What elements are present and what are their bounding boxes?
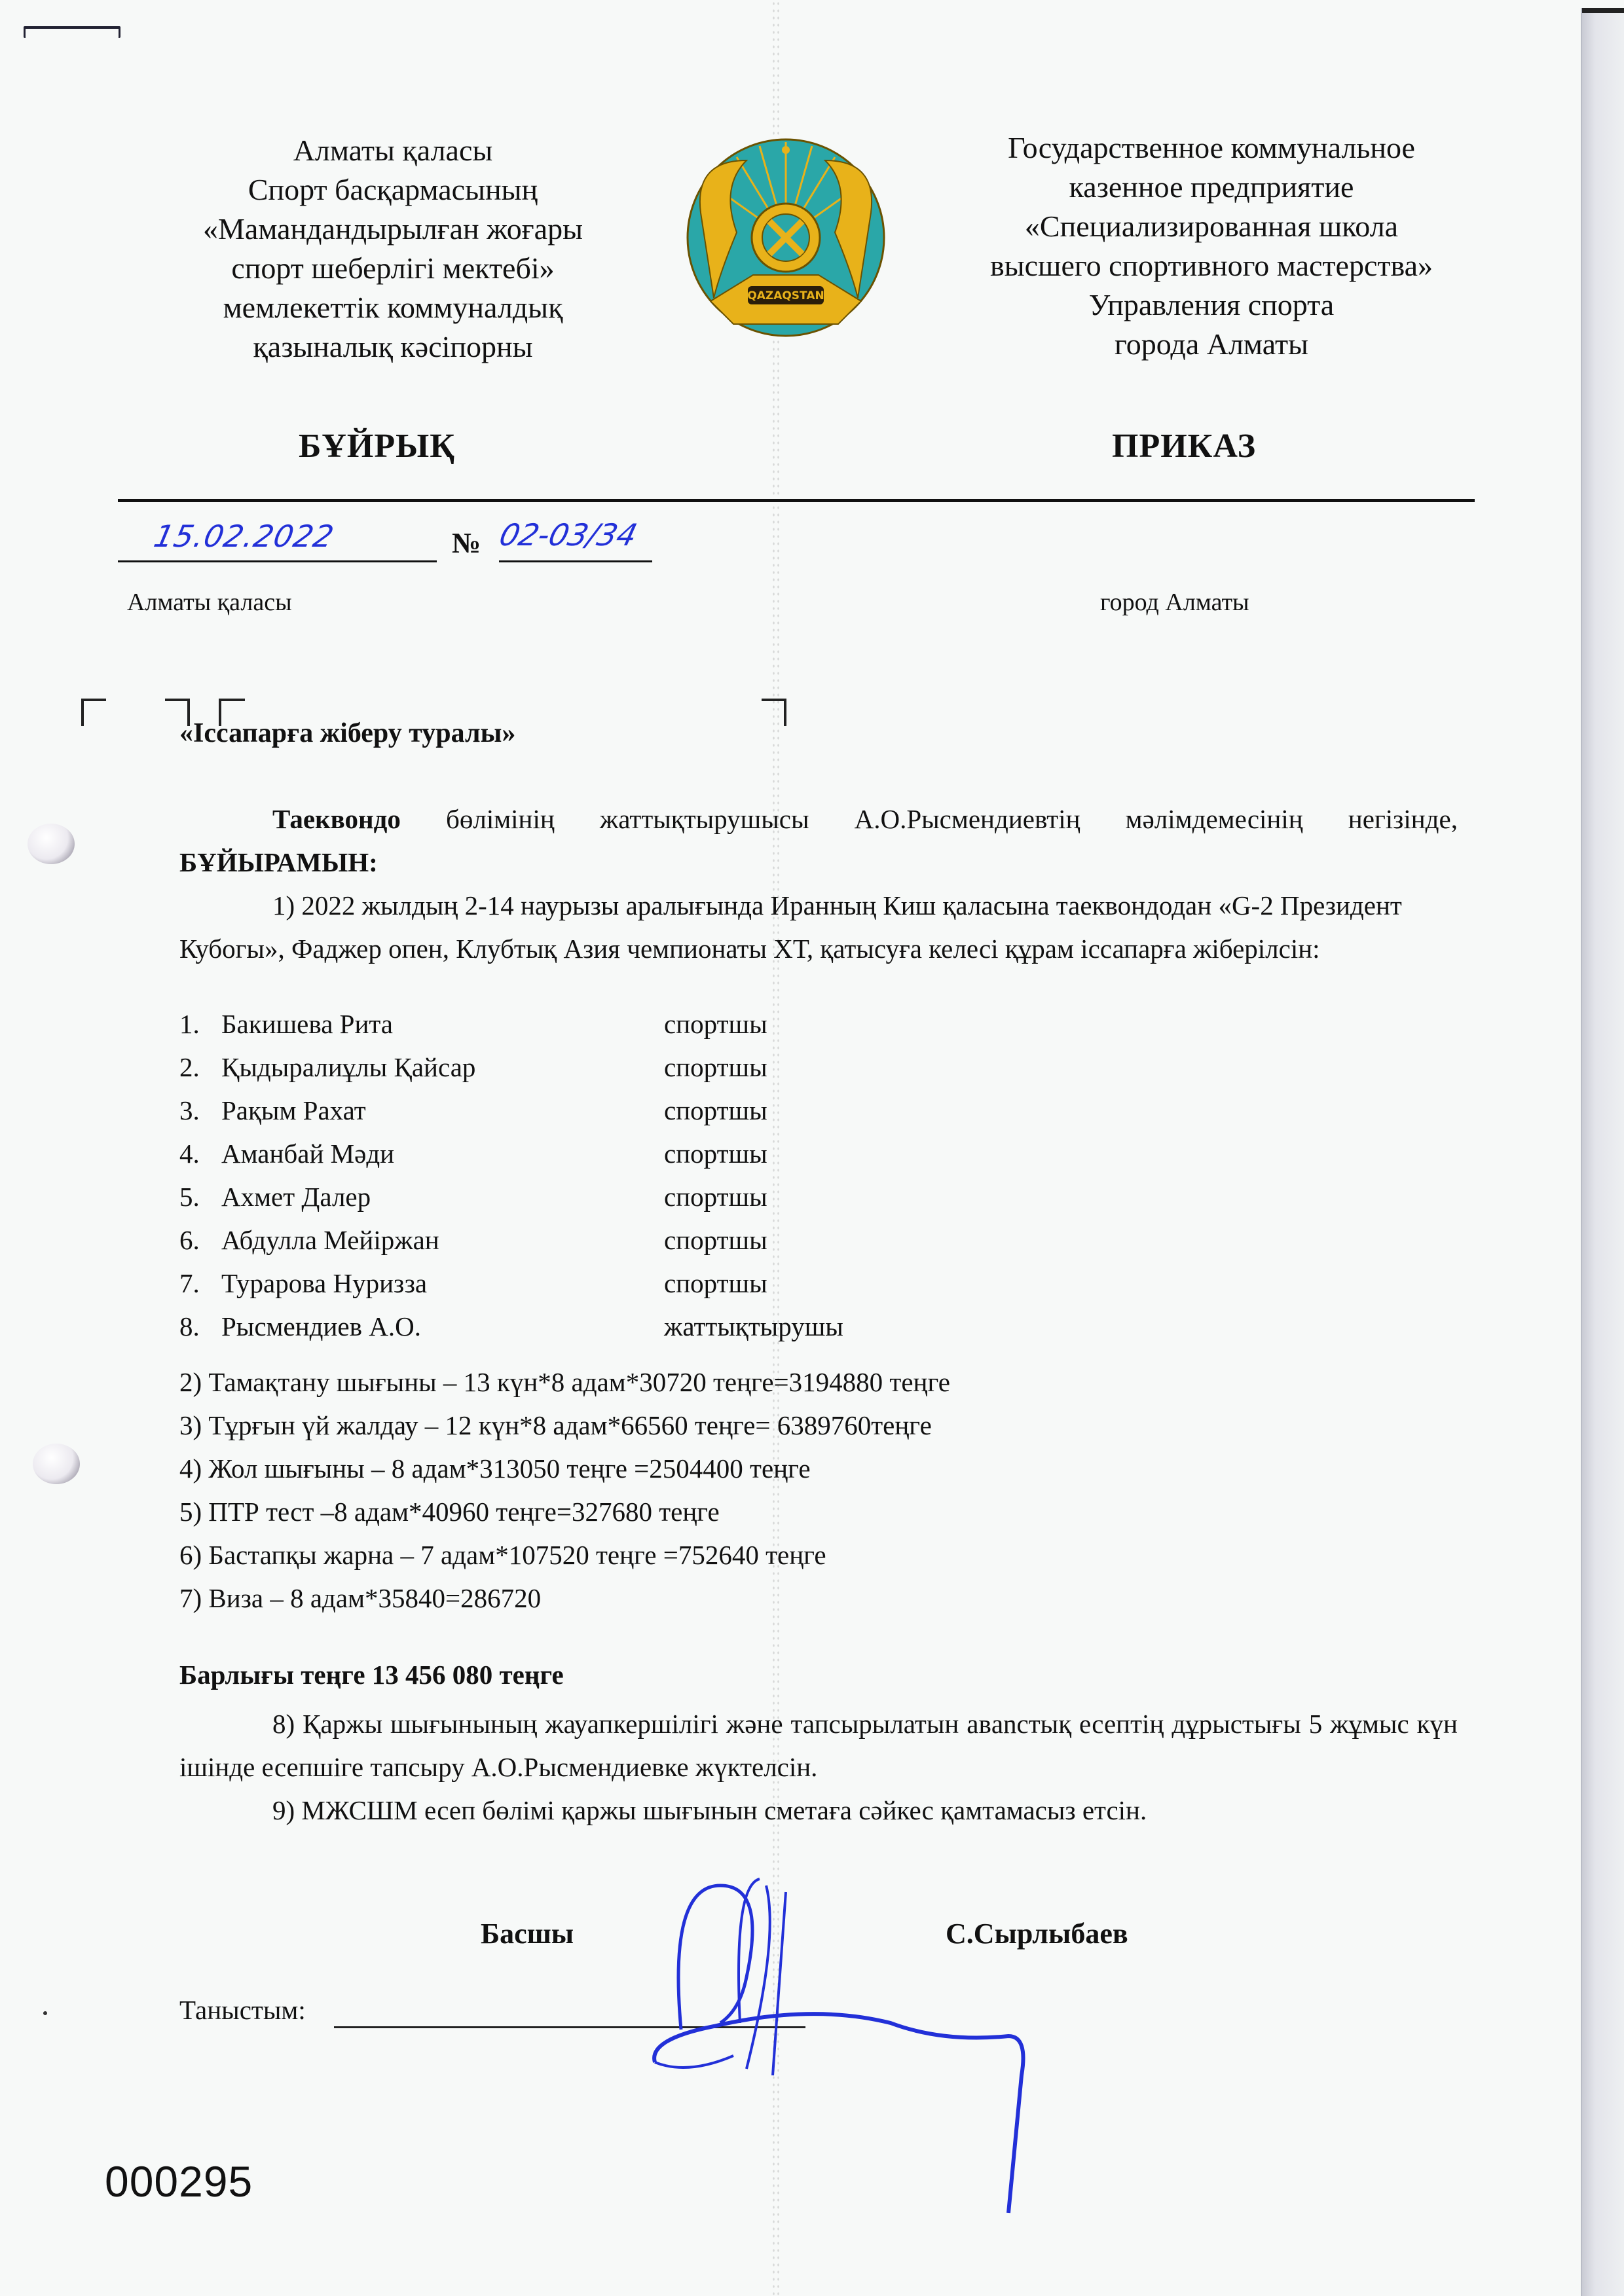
scanned-order-page: Алматы қаласы Спорт басқармасының «Маман… [0, 0, 1624, 2296]
cost-line: 4) Жол шығыны – 8 адам*313050 теңге =250… [179, 1447, 950, 1490]
header-kz-line: қазыналық кәсіпорны [164, 327, 622, 367]
order-subject: «Іссапарға жіберу туралы» [179, 718, 515, 749]
header-kz-line: Алматы қаласы [164, 131, 622, 170]
roster-name: Турарова Нуризза [221, 1267, 427, 1299]
list-item: 3.Рақым Рахатспортшы [179, 1095, 965, 1138]
preamble-text: бөлімінің жаттықтырушысы А.О.Рысмендиевт… [401, 804, 1458, 834]
svg-text:QAZAQSTAN: QAZAQSTAN [747, 289, 824, 302]
roster-role: спортшы [664, 1181, 767, 1212]
list-item: 6.Абдулла Мейіржанспортшы [179, 1224, 965, 1267]
roster-list: 1.Бакишева Ритаспортшы 2.Қыдыралиұлы Қай… [179, 1008, 965, 1354]
number-underline [499, 560, 652, 562]
roster-name: Бакишева Рита [221, 1008, 393, 1040]
roster-index: 7. [179, 1267, 219, 1299]
corner-bracket [81, 699, 106, 726]
header-ru-line: Государственное коммунальное [917, 128, 1506, 168]
corner-bracket [762, 699, 786, 726]
list-item: 8.Рысмендиев А.О.жаттықтырушы [179, 1311, 965, 1354]
punch-hole-icon [33, 1444, 80, 1484]
roster-index: 3. [179, 1095, 219, 1126]
signer-title: Басшы [481, 1917, 574, 1950]
header-ru-line: Управления спорта [917, 285, 1506, 325]
cost-line: 7) Виза – 8 адам*35840=286720 [179, 1576, 950, 1620]
list-item: 2.Қыдыралиұлы Қайсарспортшы [179, 1051, 965, 1095]
roster-role: спортшы [664, 1267, 767, 1299]
roster-index: 8. [179, 1311, 219, 1342]
header-ru-line: высшего спортивного мастерства» [917, 246, 1506, 285]
number-sign: № [452, 526, 481, 560]
corner-mark [24, 26, 120, 38]
preamble-bold-start: Таеквондо [272, 804, 401, 834]
item-8-text: 8) Қаржы шығынының жауапкершілігі және т… [179, 1709, 1458, 1782]
list-item: 7.Турарова Нуриззаспортшы [179, 1267, 965, 1311]
header-ru-line: казенное предприятие [917, 168, 1506, 207]
doc-title-ru: ПРИКАЗ [1112, 427, 1256, 465]
city-ru: город Алматы [1100, 588, 1249, 617]
item-1-text: 1) 2022 жылдың 2-14 наурызы аралығында И… [179, 890, 1402, 964]
list-item: 5.Ахмет Далерспортшы [179, 1181, 965, 1224]
roster-index: 1. [179, 1008, 219, 1040]
doc-title-kz: БҰЙРЫҚ [299, 427, 455, 465]
header-ru: Государственное коммунальное казенное пр… [917, 128, 1506, 364]
header-ru-line: города Алматы [917, 325, 1506, 364]
roster-name: Қыдыралиұлы Қайсар [221, 1051, 475, 1083]
roster-index: 4. [179, 1138, 219, 1169]
city-kz: Алматы қаласы [127, 588, 292, 617]
roster-role: спортшы [664, 1051, 767, 1083]
roster-index: 5. [179, 1181, 219, 1212]
roster-role: жаттықтырушы [664, 1311, 843, 1342]
preamble: Таеквондо бөлімінің жаттықтырушысы А.О.Р… [179, 797, 1458, 884]
kazakhstan-emblem-icon: QAZAQSTAN [674, 134, 897, 350]
order-date: 15.02.2022 [151, 519, 337, 554]
cost-line: 3) Тұрғын үй жалдау – 12 күн*8 адам*6656… [179, 1404, 950, 1447]
handwritten-signature-icon [642, 1859, 1139, 2226]
item-8: 8) Қаржы шығынының жауапкершілігі және т… [179, 1702, 1458, 1789]
header-ru-line: «Специализированная школа [917, 207, 1506, 246]
punch-hole-icon [28, 824, 75, 864]
item-9: 9) МЖСШМ есеп бөлімі қаржы шығынын смета… [179, 1789, 1458, 1832]
roster-role: спортшы [664, 1095, 767, 1126]
acknowledged-label: Таныстым: [179, 1994, 306, 2026]
roster-name: Аманбай Мәди [221, 1138, 394, 1169]
roster-role: спортшы [664, 1138, 767, 1169]
roster-role: спортшы [664, 1224, 767, 1256]
cost-line: 5) ПТР тест –8 адам*40960 теңге=327680 т… [179, 1490, 950, 1533]
total-amount: Барлығы теңге 13 456 080 теңге [179, 1659, 564, 1690]
page-edge-shadow [1581, 8, 1624, 2296]
roster-name: Абдулла Мейіржан [221, 1224, 439, 1256]
cost-list: 2) Тамақтану шығыны – 13 күн*8 адам*3072… [179, 1360, 950, 1620]
cost-line: 2) Тамақтану шығыны – 13 күн*8 адам*3072… [179, 1360, 950, 1404]
item-1: 1) 2022 жылдың 2-14 наурызы аралығында И… [179, 884, 1458, 970]
order-number: 02-03/34 [496, 517, 640, 553]
list-item: 1.Бакишева Ритаспортшы [179, 1008, 965, 1051]
roster-name: Рақым Рахат [221, 1095, 366, 1126]
header-divider [118, 499, 1475, 502]
header-kz-line: спорт шеберлігі мектебі» [164, 249, 622, 288]
header-kz: Алматы қаласы Спорт басқармасының «Маман… [164, 131, 622, 367]
header-kz-line: Спорт басқармасының [164, 170, 622, 210]
roster-index: 2. [179, 1051, 219, 1083]
roster-index: 6. [179, 1224, 219, 1256]
archive-number: 000295 [105, 2157, 253, 2206]
cost-line: 6) Бастапқы жарна – 7 адам*107520 теңге … [179, 1533, 950, 1576]
list-item: 4.Аманбай Мәдиспортшы [179, 1138, 965, 1181]
roster-role: спортшы [664, 1008, 767, 1040]
header-kz-line: мемлекеттік коммуналдық [164, 288, 622, 327]
preamble-bold-end: БҰЙЫРАМЫН: [179, 847, 378, 877]
roster-name: Ахмет Далер [221, 1181, 371, 1212]
roster-name: Рысмендиев А.О. [221, 1311, 421, 1342]
item-9-text: 9) МЖСШМ есеп бөлімі қаржы шығынын смета… [272, 1795, 1147, 1825]
header-kz-line: «Мамандандырылған жоғары [164, 210, 622, 249]
scan-speck [43, 2011, 47, 2015]
date-underline [118, 560, 437, 562]
